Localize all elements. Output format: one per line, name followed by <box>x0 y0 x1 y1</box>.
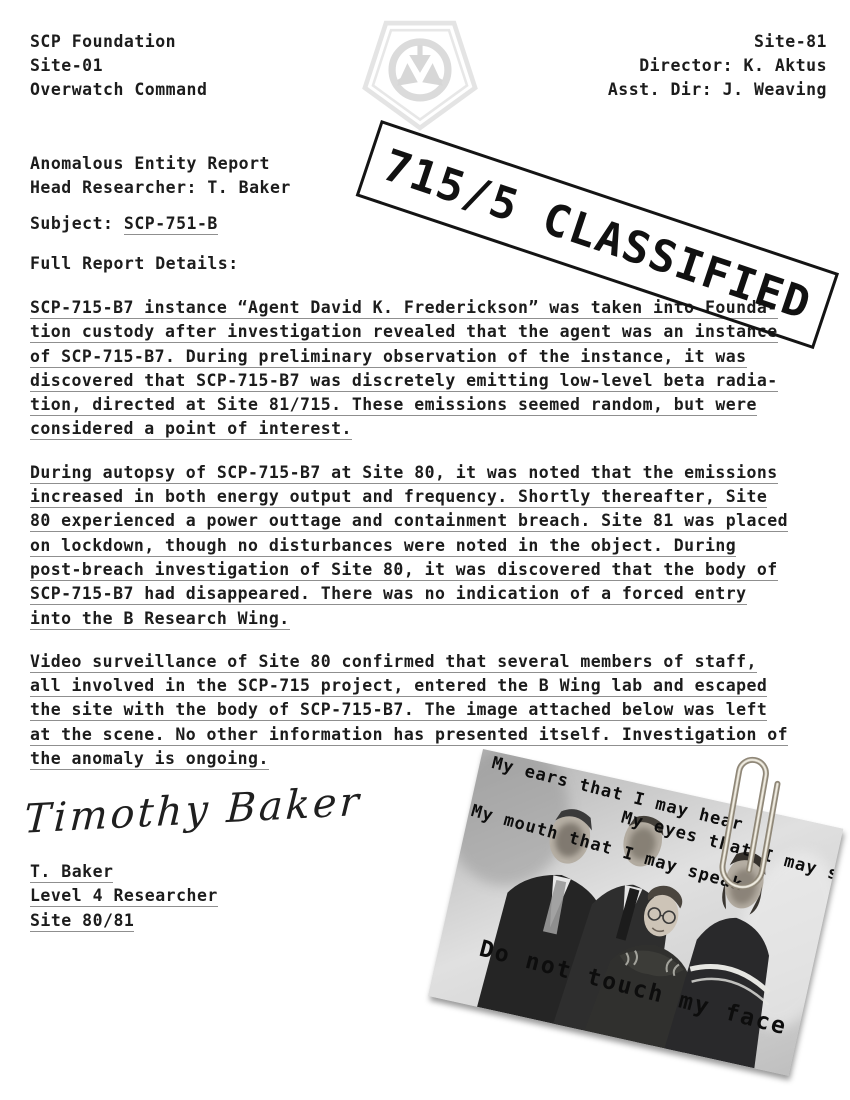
signature-block: T. Baker Level 4 Researcher Site 80/81 <box>30 860 218 933</box>
signer-name: T. Baker <box>30 862 113 883</box>
signer-site: Site 80/81 <box>30 911 134 932</box>
head-researcher: Head Researcher: T. Baker <box>30 176 291 200</box>
details-heading: Full Report Details: <box>30 254 239 273</box>
body-line: the site with the body of SCP-715-B7. Th… <box>30 700 767 721</box>
site-director: Director: K. Aktus <box>608 54 827 78</box>
subject-line: Subject: SCP-751-B <box>30 214 218 233</box>
document-page: SCP Foundation Site-01 Overwatch Command… <box>0 0 850 1100</box>
subject-label: Subject: <box>30 214 124 233</box>
site-number: Site-81 <box>608 30 827 54</box>
body-line: on lockdown, though no disturbances were… <box>30 536 736 557</box>
body-line: considered a point of interest. <box>30 419 352 440</box>
body-line: SCP-715-B7 had disappeared. There was no… <box>30 584 747 605</box>
scp-foundation-logo-icon <box>352 10 488 132</box>
body-line: 80 experienced a power outtage and conta… <box>30 511 788 532</box>
body-line: discovered that SCP-715-B7 was discretel… <box>30 371 778 392</box>
body-line: Video surveillance of Site 80 confirmed … <box>30 652 757 673</box>
paragraph-1: SCP-715-B7 instance “Agent David K. Fred… <box>30 296 830 442</box>
body-line: SCP-715-B7 instance “Agent David K. Fred… <box>30 298 778 319</box>
paragraph-2: During autopsy of SCP-715-B7 at Site 80,… <box>30 461 830 631</box>
report-title: Anomalous Entity Report Head Researcher:… <box>30 152 291 201</box>
org-command: Overwatch Command <box>30 78 207 102</box>
body-line: at the scene. No other information has p… <box>30 725 788 746</box>
body-line: increased in both energy output and freq… <box>30 487 767 508</box>
body-line: all involved in the SCP-715 project, ent… <box>30 676 767 697</box>
body-line: the anomaly is ongoing. <box>30 749 269 770</box>
body-line: During autopsy of SCP-715-B7 at Site 80,… <box>30 463 778 484</box>
body-line: tion, directed at Site 81/715. These emi… <box>30 395 757 416</box>
letterhead-sender: SCP Foundation Site-01 Overwatch Command <box>30 30 207 102</box>
paragraph-3: Video surveillance of Site 80 confirmed … <box>30 650 830 771</box>
letterhead-site: Site-81 Director: K. Aktus Asst. Dir: J.… <box>608 30 827 102</box>
body-line: post-breach investigation of Site 80, it… <box>30 560 778 581</box>
signer-title: Level 4 Researcher <box>30 886 218 907</box>
site-asst-director: Asst. Dir: J. Weaving <box>608 78 827 102</box>
body-line: tion custody after investigation reveale… <box>30 322 778 343</box>
body-line: into the B Research Wing. <box>30 609 290 630</box>
org-name: SCP Foundation <box>30 30 207 54</box>
report-type: Anomalous Entity Report <box>30 152 291 176</box>
body-line: of SCP-715-B7. During preliminary observ… <box>30 347 747 368</box>
subject-value: SCP-751-B <box>124 214 218 235</box>
org-site: Site-01 <box>30 54 207 78</box>
report-body: SCP-715-B7 instance “Agent David K. Fred… <box>30 296 830 790</box>
